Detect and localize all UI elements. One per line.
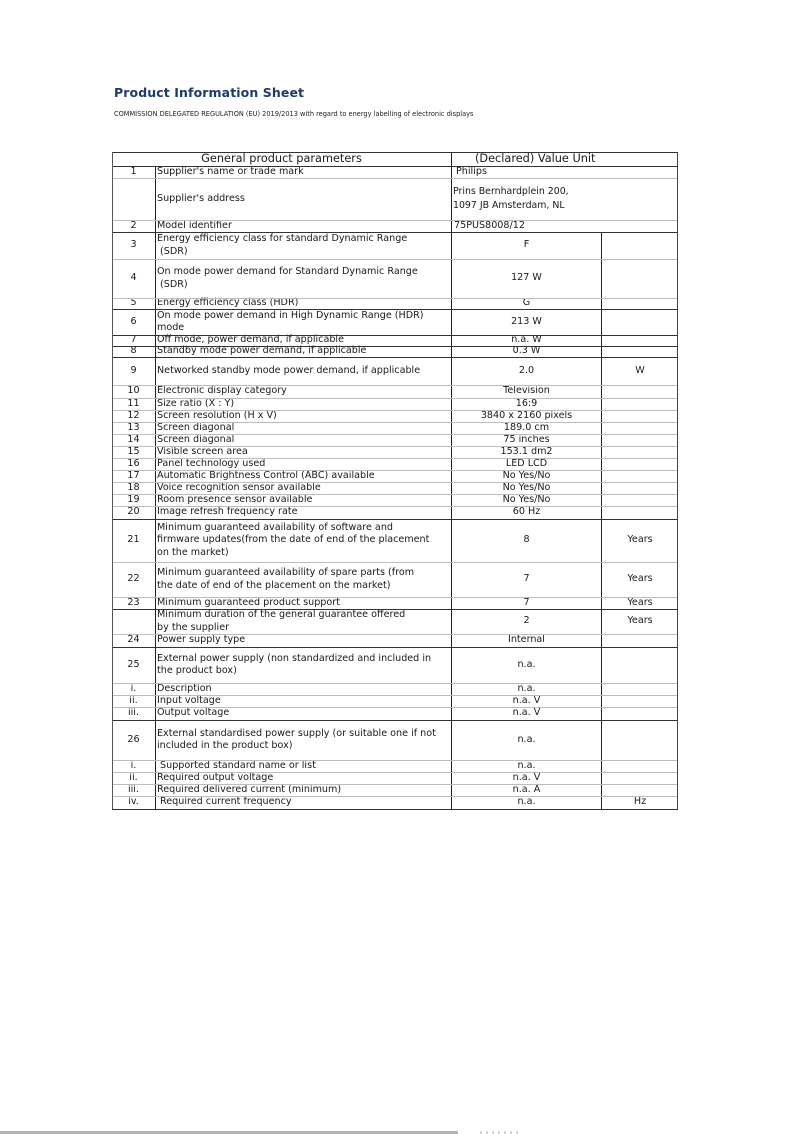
table-gridline [112, 809, 678, 810]
table-frame [112, 152, 678, 809]
document-title: Product Information Sheet [114, 85, 304, 100]
document-subtitle: COMMISSION DELEGATED REGULATION (EU) 201… [114, 110, 473, 118]
